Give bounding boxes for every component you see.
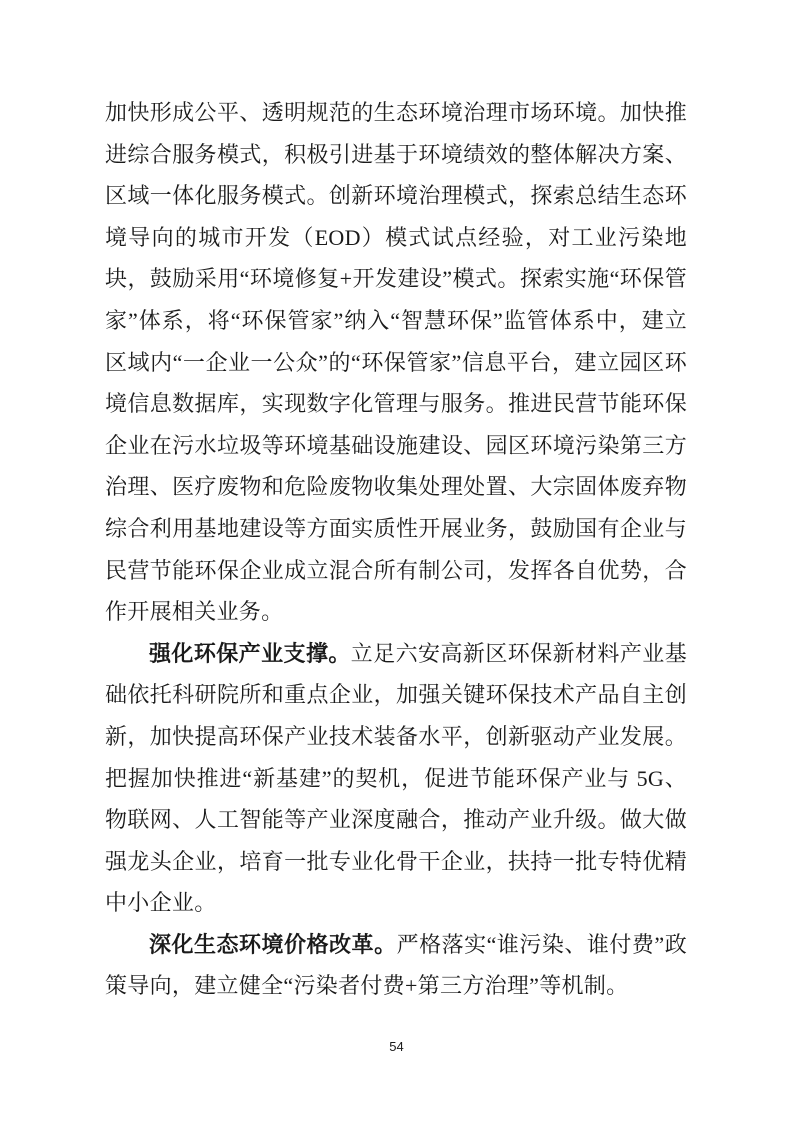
paragraph-industry-support: 强化环保产业支撑。立足六安高新区环保新材料产业基础依托科研院所和重点企业，加强关… <box>105 633 687 924</box>
paragraph-lead: 强化环保产业支撑。 <box>149 641 351 666</box>
paragraph-price-reform: 深化生态环境价格改革。严格落实“谁污染、谁付费”政策导向，建立健全“污染者付费+… <box>105 924 687 1007</box>
paragraph-lead: 深化生态环境价格改革。 <box>149 932 397 957</box>
paragraph-text: 立足六安高新区环保新材料产业基础依托科研院所和重点企业，加强关键环保技术产品自主… <box>105 641 687 916</box>
document-page: 加快形成公平、透明规范的生态环境治理市场环境。加快推进综合服务模式，积极引进基于… <box>0 0 793 1122</box>
page-number: 54 <box>0 1039 793 1054</box>
paragraph-continuation: 加快形成公平、透明规范的生态环境治理市场环境。加快推进综合服务模式，积极引进基于… <box>105 92 687 633</box>
page-body-text: 加快形成公平、透明规范的生态环境治理市场环境。加快推进综合服务模式，积极引进基于… <box>105 92 687 1007</box>
paragraph-text: 加快形成公平、透明规范的生态环境治理市场环境。加快推进综合服务模式，积极引进基于… <box>105 100 687 624</box>
document-viewer: { "document": { "page_number": "54", "pa… <box>0 0 793 1122</box>
